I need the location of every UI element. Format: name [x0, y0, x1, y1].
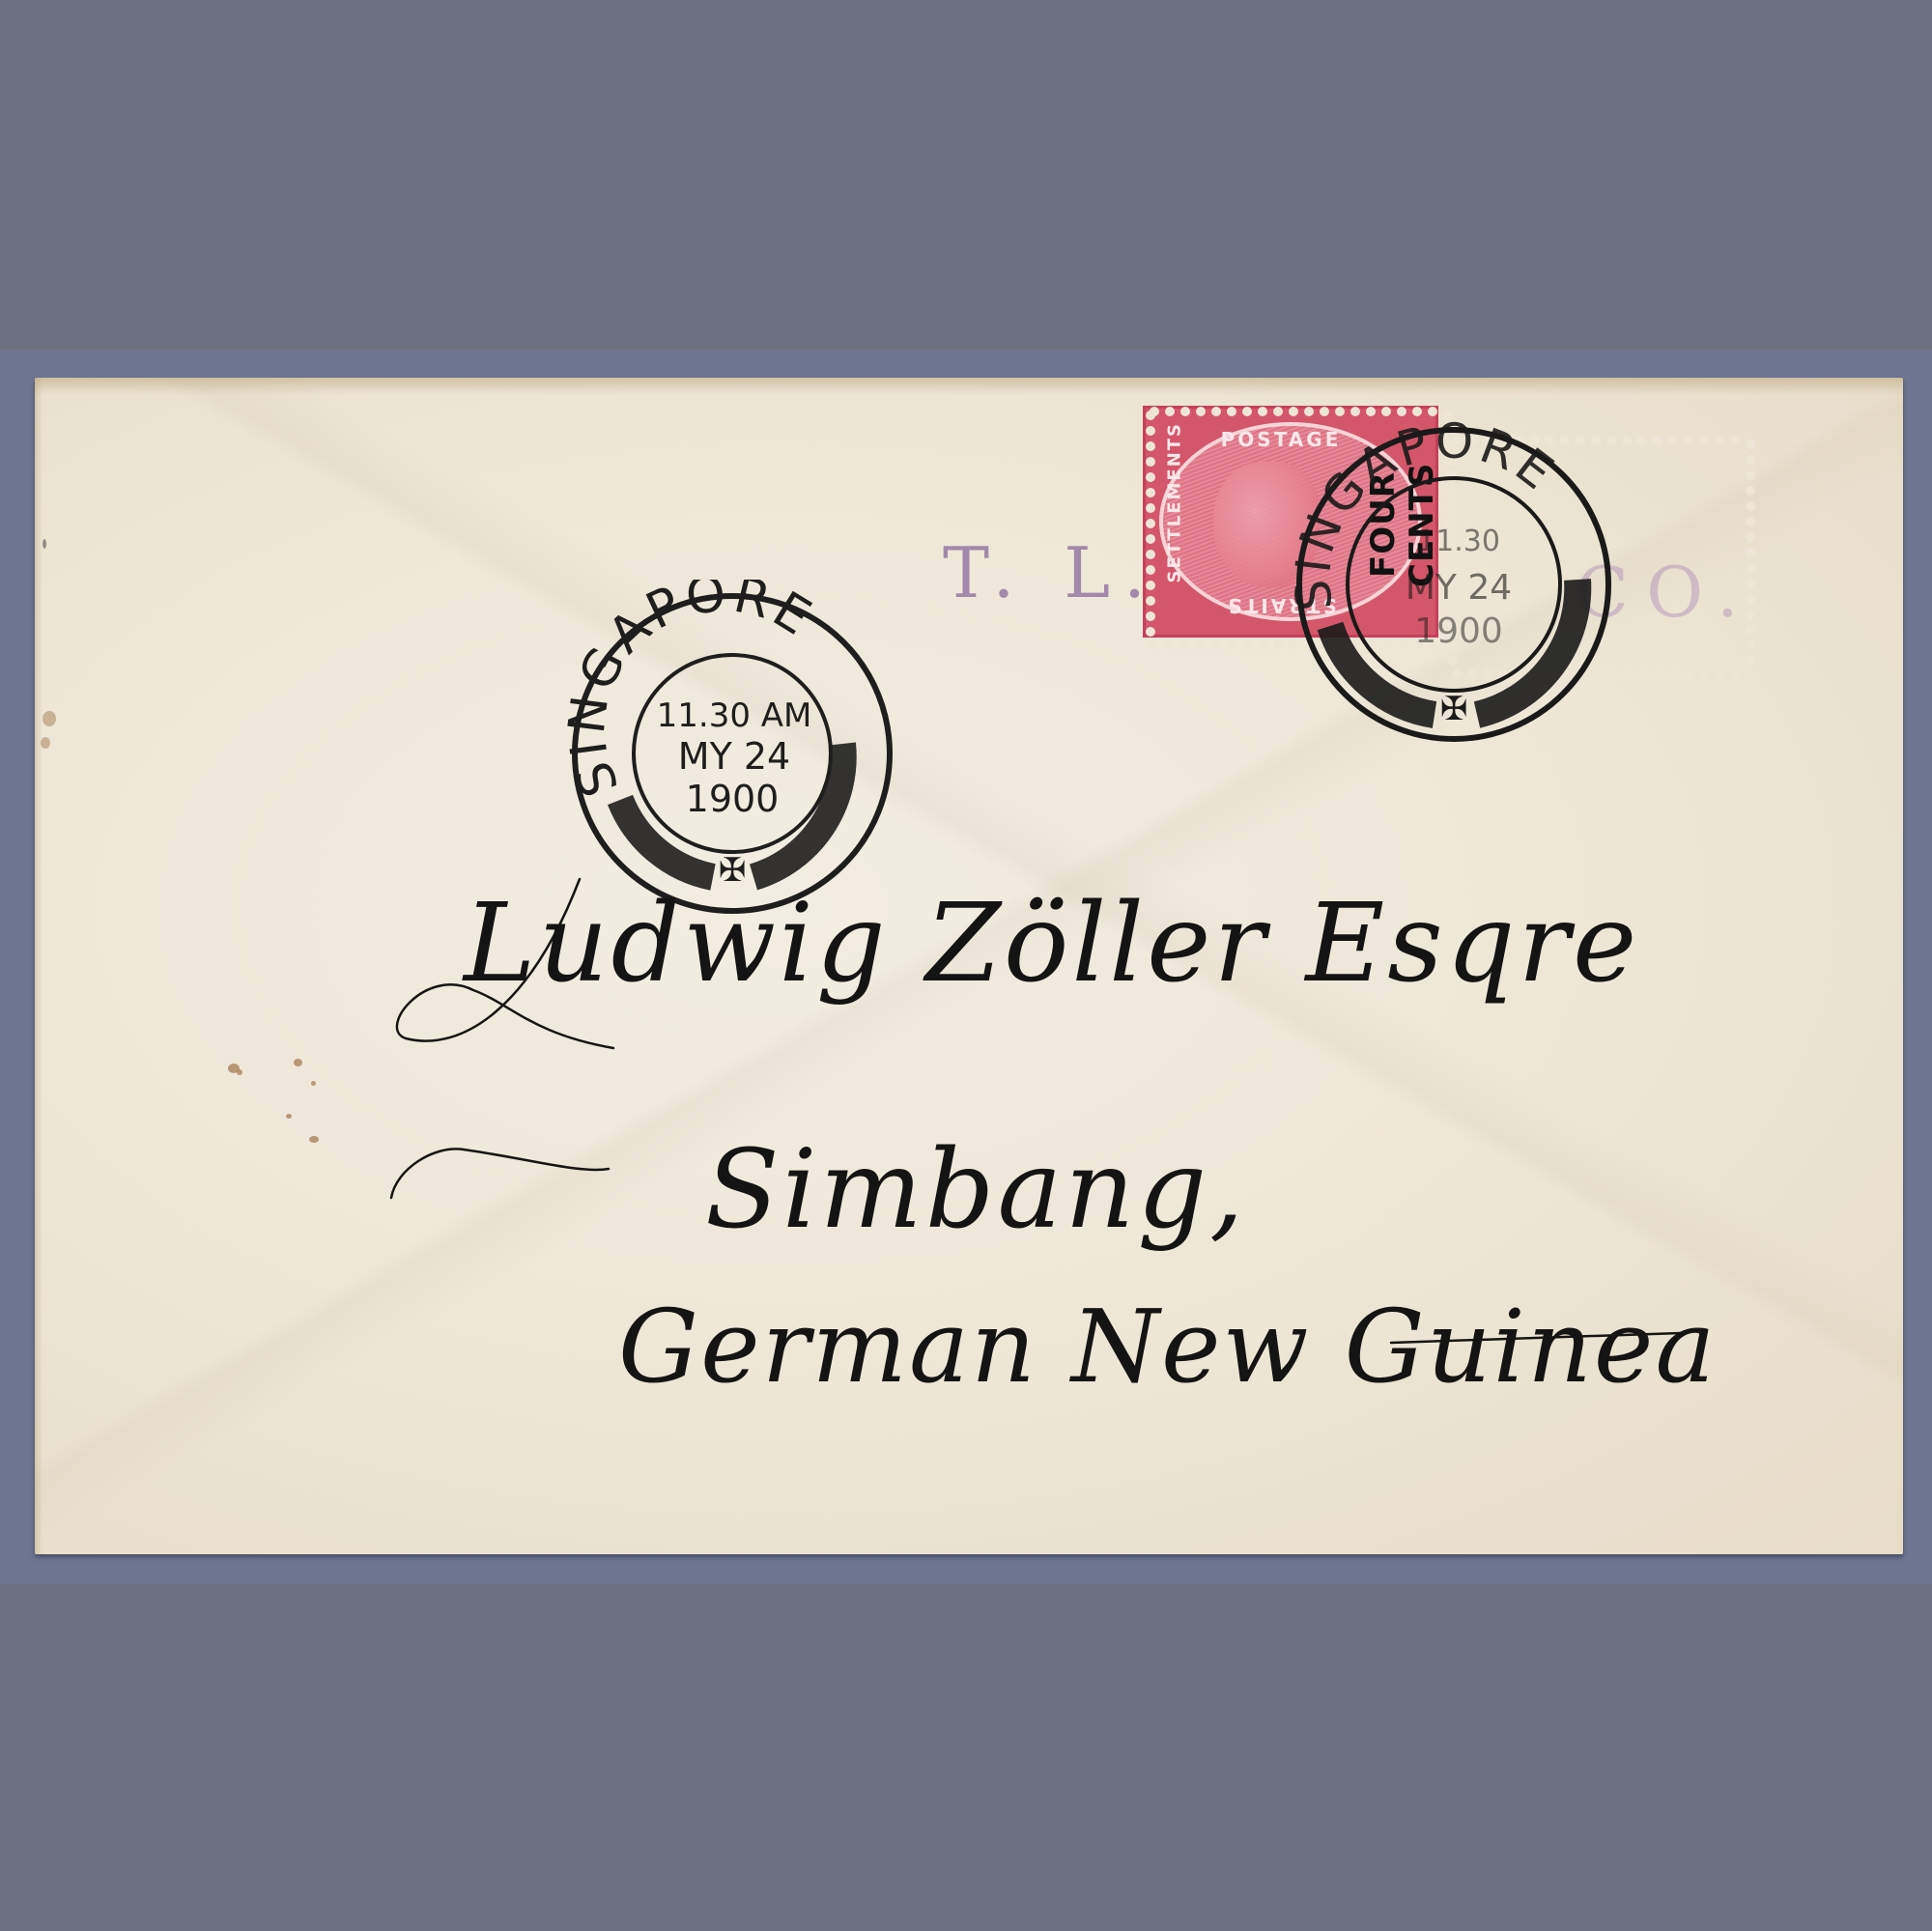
address-line-recipient: Ludwig Zöller Esqre [462, 881, 1639, 1007]
postmark-right: ✠ SINGAPORE 11.30 MY 24 1900 [1270, 406, 1637, 773]
foxing-stain [43, 539, 46, 549]
postmark-year: 1900 [1414, 611, 1503, 651]
address-block: Ludwig Zöller Esqre Simbang, German New … [386, 811, 1835, 1546]
company-handstamp: T. L. [943, 532, 1159, 613]
foxing-stain [43, 711, 56, 726]
foxing-stain [41, 737, 50, 749]
background [0, 1584, 1932, 1931]
address-line-town: Simbang, [705, 1127, 1247, 1253]
foxing-stain [286, 1114, 292, 1119]
postmark-date: MY 24 [1406, 568, 1512, 608]
address-line-country: German New Guinea [618, 1288, 1717, 1406]
foxing-stain [311, 1081, 316, 1086]
postmark-time: 11.30 AM [657, 696, 812, 735]
foxing-stain [237, 1069, 242, 1075]
foxing-stain [309, 1136, 319, 1143]
background [0, 0, 1932, 350]
svg-text:✠: ✠ [1440, 690, 1468, 728]
postmark-time: 11.30 [1417, 525, 1500, 558]
foxing-stain [294, 1059, 302, 1066]
postmark-date: MY 24 [678, 735, 790, 778]
